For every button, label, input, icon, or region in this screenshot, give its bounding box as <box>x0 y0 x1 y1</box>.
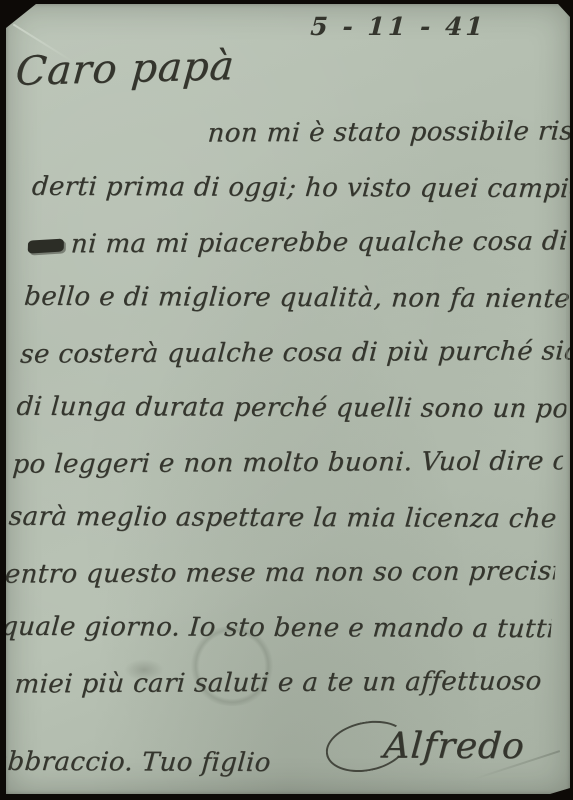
closing-line: abbraccio. Tuo figlio Alfredo <box>0 710 545 782</box>
line-text: entro questo mese ma non so con precisio… <box>4 556 557 590</box>
line-text: di lunga durata perché quelli sono un po… <box>15 392 568 425</box>
letter-body: non mi è stato possibile rispon- derti p… <box>0 106 573 781</box>
handwritten-line: ni ma mi piacerebbe qualche cosa di più <box>26 214 573 272</box>
line-text: ni ma mi piacerebbe qualche cosa di più <box>70 226 573 259</box>
handwritten-line: di lunga durata perché quelli sono un po… <box>14 380 568 437</box>
handwritten-line: se costerà qualche cosa di più purché si… <box>18 324 572 382</box>
line-text: quale giorno. Io sto bene e mando a tutt… <box>0 612 553 644</box>
line-text: i miei più cari saluti e a te un affettu… <box>0 666 543 699</box>
line-text: non mi è stato possibile rispon- <box>207 116 573 149</box>
handwritten-line: non mi è stato possibile rispon- <box>34 104 573 162</box>
crossed-out-word-mark <box>28 238 64 253</box>
handwritten-line: po leggeri e non molto buoni. Vuol dire … <box>11 434 565 492</box>
date: 5 - 11 - 41 <box>5 12 487 41</box>
scan-background: 5 - 11 - 41 Caro papà non mi è stato pos… <box>0 0 573 800</box>
handwritten-line: quale giorno. Io sto bene e mando a tutt… <box>0 600 553 657</box>
handwritten-line: i miei più cari saluti e a te un affettu… <box>0 654 549 712</box>
handwritten-line: entro questo mese ma non so con precisio… <box>3 544 557 602</box>
postcard: 5 - 11 - 41 Caro papà non mi è stato pos… <box>6 4 570 794</box>
handwritten-line: bello e di migliore qualità, non fa nien… <box>22 270 573 327</box>
handwritten-line: derti prima di oggi; ho visto quei campi… <box>30 160 573 217</box>
salutation: Caro papà <box>14 43 236 95</box>
line-text: po leggeri e non molto buoni. Vuol dire … <box>12 446 565 480</box>
line-text: se costerà qualche cosa di più purché si… <box>19 336 572 369</box>
handwritten-line: sarà meglio aspettare la mia licenza che… <box>7 490 561 547</box>
line-text: sarà meglio aspettare la mia licenza che… <box>8 502 561 535</box>
line-text: derti prima di oggi; ho visto quei campi… <box>31 172 573 204</box>
signature-block: Alfredo <box>323 711 527 782</box>
closing-text: abbraccio. Tuo figlio <box>0 727 273 782</box>
line-text: bello e di migliore qualità, non fa nien… <box>23 282 571 314</box>
